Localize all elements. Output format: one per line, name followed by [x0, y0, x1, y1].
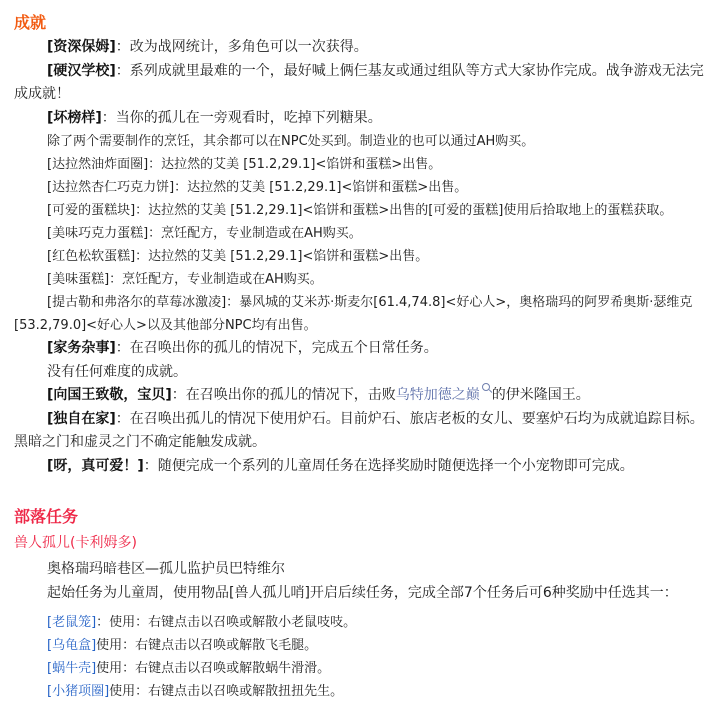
subsection-title-orc-orphan: 兽人孤儿(卡利姆多) [14, 532, 712, 554]
achievement-desc: ：当你的孤儿在一旁观看时，吃掉下列糖果。 [102, 110, 382, 126]
item-desc: ：使用：右键点击以召唤或解散小老鼠吱吱。 [96, 615, 356, 630]
achievement-name[interactable]: [家务杂事] [47, 340, 116, 356]
item-desc: 使用：右键点击以召唤或解散蜗牛滑滑。 [96, 661, 330, 676]
divider-space [14, 478, 712, 504]
achievement-desc: ：改为战网统计，多角色可以一次获得。 [116, 39, 368, 55]
achievement-bad-example: [坏榜样]：当你的孤儿在一旁观看时，吃掉下列糖果。 [14, 107, 712, 131]
article-body: 成就 [资深保姆]：改为战网统计，多角色可以一次获得。 [硬汉学校]：系列成就里… [0, 0, 724, 703]
item-link[interactable]: [老鼠笼] [47, 615, 96, 630]
achievement-name[interactable]: [资深保姆] [47, 39, 116, 55]
candy-item: [美味巧克力蛋糕]：烹饪配方，专业制造或在AH购买。 [14, 222, 712, 245]
quest-location: 奥格瑞玛暗巷区—孤儿监护员巴特维尔 [14, 558, 712, 582]
achievement-desc: ：系列成就里最难的一个，最好喊上俩仨基友或通过组队等方式大家协作完成。战争游戏无… [14, 63, 704, 103]
search-icon[interactable] [482, 383, 490, 391]
section-title-horde-quests: 部落任务 [14, 504, 712, 530]
achievement-desc: ：在召唤出孤儿的情况下使用炉石。目前炉石、旅店老板的女儿、要塞炉石均为成就追踪目… [14, 411, 704, 451]
achievement-name[interactable]: [向国王致敬，宝贝] [47, 387, 172, 403]
candy-item: [达拉然杏仁巧克力饼]：达拉然的艾美 [51.2,29.1]<馅饼和蛋糕>出售。 [14, 176, 712, 199]
achievement-desc: ：随便完成一个系列的儿童周任务在选择奖励时随便选择一个小宠物即可完成。 [144, 458, 634, 474]
achievement-desc: ：在召唤出你的孤儿的情况下，完成五个日常任务。 [116, 340, 438, 356]
item-link[interactable]: [小猪项圈] [47, 684, 109, 699]
candy-item: [可爱的蛋糕块]：达拉然的艾美 [51.2,29.1]<馅饼和蛋糕>出售的[可爱… [14, 199, 712, 222]
candy-item: [美味蛋糕]：烹饪配方，专业制造或在AH购买。 [14, 268, 712, 291]
pet-reward-item: [乌龟盒]使用：右键点击以召唤或解散飞毛腿。 [14, 634, 712, 657]
achievement-name[interactable]: [坏榜样] [47, 110, 102, 126]
achievement-chores: [家务杂事]：在召唤出你的孤儿的情况下，完成五个日常任务。 [14, 337, 712, 361]
achievement-home-alone: [独自在家]：在召唤出孤儿的情况下使用炉石。目前炉石、旅店老板的女儿、要塞炉石均… [14, 408, 712, 455]
achievement-desc: ：在召唤出你的孤儿的情况下，击败 [172, 387, 396, 403]
pet-reward-item: [老鼠笼]：使用：右键点击以召唤或解散小老鼠吱吱。 [14, 611, 712, 634]
achievement-hail-to-the-king: [向国王致敬，宝贝]：在召唤出你的孤儿的情况下，击败乌特加德之巅的伊米隆国王。 [14, 384, 712, 408]
item-link[interactable]: [蜗牛壳] [47, 661, 96, 676]
section-title-achievements: 成就 [14, 10, 712, 36]
candy-item: [达拉然油炸面圈]：达拉然的艾美 [51.2,29.1]<馅饼和蛋糕>出售。 [14, 153, 712, 176]
achievement-note: 没有任何难度的成就。 [14, 361, 712, 385]
dungeon-link[interactable]: 乌特加德之巅 [396, 387, 480, 403]
achievement-nanny: [资深保姆]：改为战网统计，多角色可以一次获得。 [14, 36, 712, 60]
item-desc: 使用：右键点击以召唤或解散扭扭先生。 [109, 684, 343, 699]
pet-reward-item: [小猪项圈]使用：右键点击以召唤或解散扭扭先生。 [14, 680, 712, 703]
candy-item: [红色松软蛋糕]：达拉然的艾美 [51.2,29.1]<馅饼和蛋糕>出售。 [14, 245, 712, 268]
achievement-name[interactable]: [独自在家] [47, 411, 116, 427]
achievement-school-of-hard-knocks: [硬汉学校]：系列成就里最难的一个，最好喊上俩仨基友或通过组队等方式大家协作完成… [14, 60, 712, 107]
pet-reward-item: [蜗牛壳]使用：右键点击以召唤或解散蜗牛滑滑。 [14, 657, 712, 680]
achievement-desc-tail: 的伊米隆国王。 [492, 387, 590, 403]
item-link[interactable]: [乌龟盒] [47, 638, 96, 653]
candy-item: [提古勒和弗洛尔的草莓冰激凌]：暴风城的艾米苏·斯麦尔[61.4,74.8]<好… [14, 291, 712, 337]
achievement-aw-isnt-that-cute: [呀，真可爱！]：随便完成一个系列的儿童周任务在选择奖励时随便选择一个小宠物即可… [14, 455, 712, 479]
item-desc: 使用：右键点击以召唤或解散飞毛腿。 [96, 638, 317, 653]
candy-intro: 除了两个需要制作的烹饪，其余都可以在NPC处买到。制造业的也可以通过AH购买。 [14, 130, 712, 153]
achievement-name[interactable]: [呀，真可爱！] [47, 458, 144, 474]
quest-intro: 起始任务为儿童周，使用物品[兽人孤儿哨]开启后续任务，完成全部7个任务后可6种奖… [14, 582, 712, 606]
pet-reward-list: [老鼠笼]：使用：右键点击以召唤或解散小老鼠吱吱。 [乌龟盒]使用：右键点击以召… [14, 611, 712, 703]
achievement-name[interactable]: [硬汉学校] [47, 63, 116, 79]
